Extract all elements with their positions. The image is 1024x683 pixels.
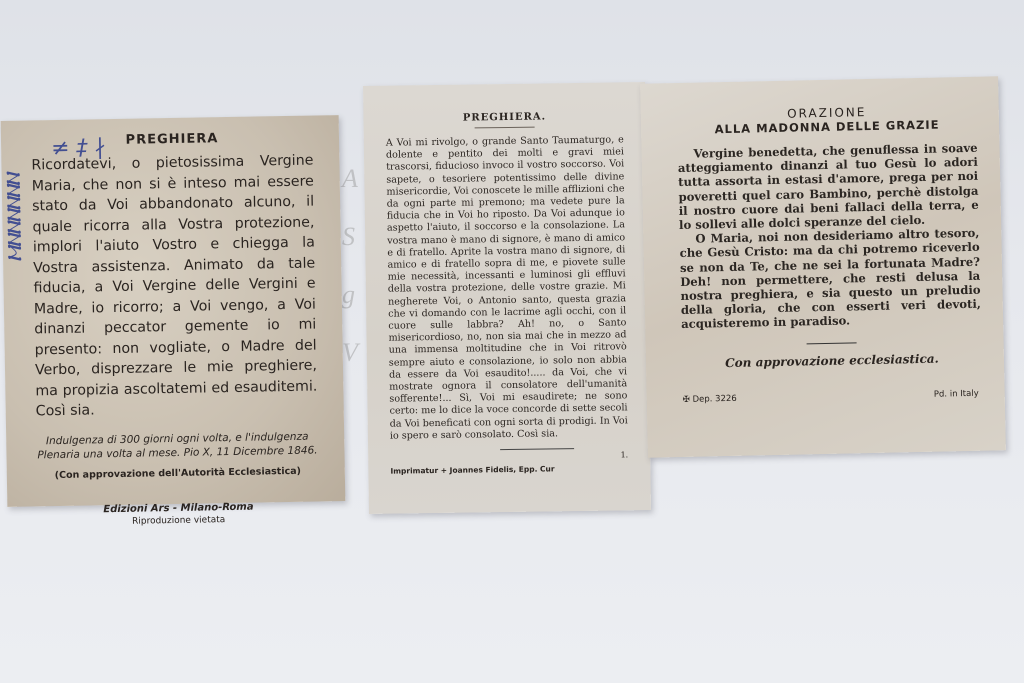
card-imprimatur: Imprimatur + Joannes Fidelis, Epp. Cur bbox=[390, 463, 628, 475]
prayer-card-left: PREGHIERA Ricordatevi, o pietosissima Ve… bbox=[1, 115, 346, 507]
prayer-card-middle: PREGHIERA. A Voi mi rivolgo, o grande Sa… bbox=[363, 82, 651, 514]
background-ghost-letters: A S g V bbox=[342, 150, 358, 382]
handwritten-scribble: ⲙⲛⲛⲛⲛⲛⲛ bbox=[0, 175, 28, 263]
card-footer: ✠ Dep. 3226 Pd. in Italy bbox=[683, 388, 983, 404]
title-rule bbox=[475, 127, 535, 129]
card-approval: Con approvazione ecclesiastica. bbox=[682, 350, 982, 370]
card-body: Ricordatevi, o pietosissima Vergine Mari… bbox=[31, 151, 318, 422]
ghost-letter: g bbox=[342, 266, 358, 324]
prayer-card-right: ORAZIONE ALLA MADONNA DELLE GRAZIE Vergi… bbox=[640, 76, 1006, 457]
card-approval: (Con approvazione dell'Autorità Ecclesia… bbox=[37, 465, 319, 481]
card-body: Vergine benedetta, che genuflessa in soa… bbox=[677, 141, 981, 332]
ghost-letter: A bbox=[342, 150, 358, 208]
card-reproduction-note: Riproduzione vietata bbox=[38, 513, 320, 528]
card-body: A Voi mi rivolgo, o grande Santo Taumatu… bbox=[386, 134, 628, 442]
card-indulgence: Indulgenza di 300 giorni ogni volta, e l… bbox=[36, 429, 318, 462]
printed-in-label: Pd. in Italy bbox=[934, 388, 979, 399]
separator-rule bbox=[500, 448, 574, 450]
separator-rule bbox=[807, 342, 857, 344]
card-paragraph: O Maria, noi non desideriamo altro tesor… bbox=[679, 226, 981, 332]
ghost-letter: S bbox=[342, 208, 358, 266]
card-number: 1. bbox=[390, 450, 628, 462]
card-title: PREGHIERA. bbox=[385, 110, 623, 124]
ghost-letter: V bbox=[342, 324, 358, 382]
card-paragraph: Vergine benedetta, che genuflessa in soa… bbox=[677, 141, 979, 232]
card-title: PREGHIERA bbox=[31, 130, 313, 150]
deposit-number: ✠ Dep. 3226 bbox=[683, 393, 737, 404]
